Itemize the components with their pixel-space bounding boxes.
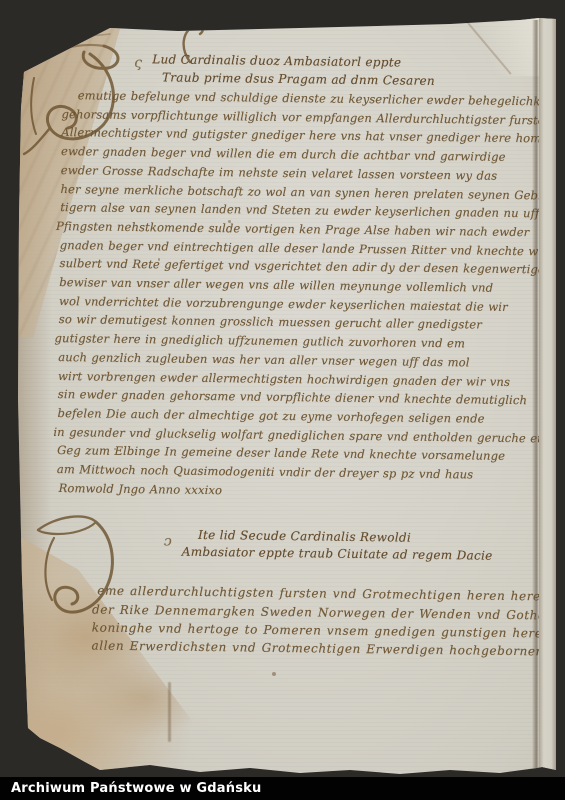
address-line: koninghe vnd hertoge to Pomeren vnsem gn… — [92, 620, 565, 640]
address-line: eme allerdurchluchtigsten fursten vnd Gr… — [97, 584, 565, 604]
text-line: wol vnderrichtet die vorzubrengunge ewde… — [59, 294, 508, 314]
heading2-line2: Ambasiator eppte traub Ciuitate ad regem… — [182, 545, 493, 563]
text-line: Allermechtigster vnd gutigster gnediger … — [61, 125, 565, 146]
text-line: gutigster here in gnediglich uffzunemen … — [55, 331, 466, 350]
text-line: gehorsams vorpflichtunge williglich vor … — [61, 107, 544, 127]
text-line: so wir demutigest konnen grosslich muess… — [59, 312, 482, 332]
next-folio-edge — [539, 18, 556, 770]
text-line: gnaden beger vnd eintrechtigen alle dese… — [60, 238, 565, 259]
heading1-line1: Lud Cardinalis duoz Ambasiatorl eppte — [152, 52, 401, 69]
scan-viewport: ς Lud Cardinalis duoz Ambasiatorl eppte … — [0, 0, 565, 800]
archive-caption-label: Archiwum Państwowe w Gdańsku — [0, 777, 565, 800]
text-line: wirt vorbrengen ewder allermechtigsten h… — [58, 369, 510, 389]
text-line: am Mittwoch noch Quasimodogeniti vndir d… — [57, 462, 474, 481]
heading1-line2: Traub prime dsus Pragam ad dnm Cesaren — [162, 70, 435, 88]
address-line: allen Erwerdichsten vnd Grotmechtigen Er… — [91, 638, 565, 658]
heading2-line1: Ite lid Secude Cardinalis Rewoldi — [198, 528, 411, 545]
manuscript-page: ς Lud Cardinalis duoz Ambasiatorl eppte … — [18, 18, 556, 775]
text-line: tigern alse van seynen landen vnd Steten… — [60, 200, 539, 220]
text-line: Romwold Jngo Anno xxxixo — [59, 481, 223, 497]
text-line: ewder Grosse Radschafte im nehste sein v… — [61, 163, 498, 183]
text-line: bewiser van vnser aller wegen vns alle w… — [59, 275, 493, 295]
handwriting-layer: ς Lud Cardinalis duoz Ambasiatorl eppte … — [9, 17, 557, 781]
archive-caption-bar: Archiwum Państwowe w Gdańsku — [0, 777, 565, 800]
text-line: befelen Die auch der almechtige got zu e… — [58, 406, 485, 426]
text-line: in gesunder vnd gluckselig wolfart gnedi… — [53, 425, 548, 445]
text-line: auch genzlich zugleuben was her van alle… — [58, 350, 469, 369]
binding-crease — [532, 20, 539, 768]
address-line: der Rike Dennemargken Sweden Norwegen de… — [92, 602, 554, 622]
paragraph-mark: ɔ — [164, 533, 172, 549]
text-line: Pfingsten nehstkomende sulde vortigen ke… — [56, 219, 530, 239]
paragraph-mark: ς — [134, 55, 142, 71]
text-line: emutige befelunge vnd schuldige dienste … — [78, 88, 565, 109]
text-line: ewder gnaden beger vnd willen die em dur… — [61, 144, 506, 164]
text-line: sin ewder gnaden gehorsame vnd vorpflich… — [58, 387, 527, 407]
text-line: Geg zum Elbinge In gemeine deser lande R… — [57, 443, 505, 463]
text-line: her seyne merkliche botschaft zo wol an … — [60, 182, 549, 202]
text-line: sulbert vnd Rete gefertiget vnd vsgerich… — [59, 256, 552, 276]
